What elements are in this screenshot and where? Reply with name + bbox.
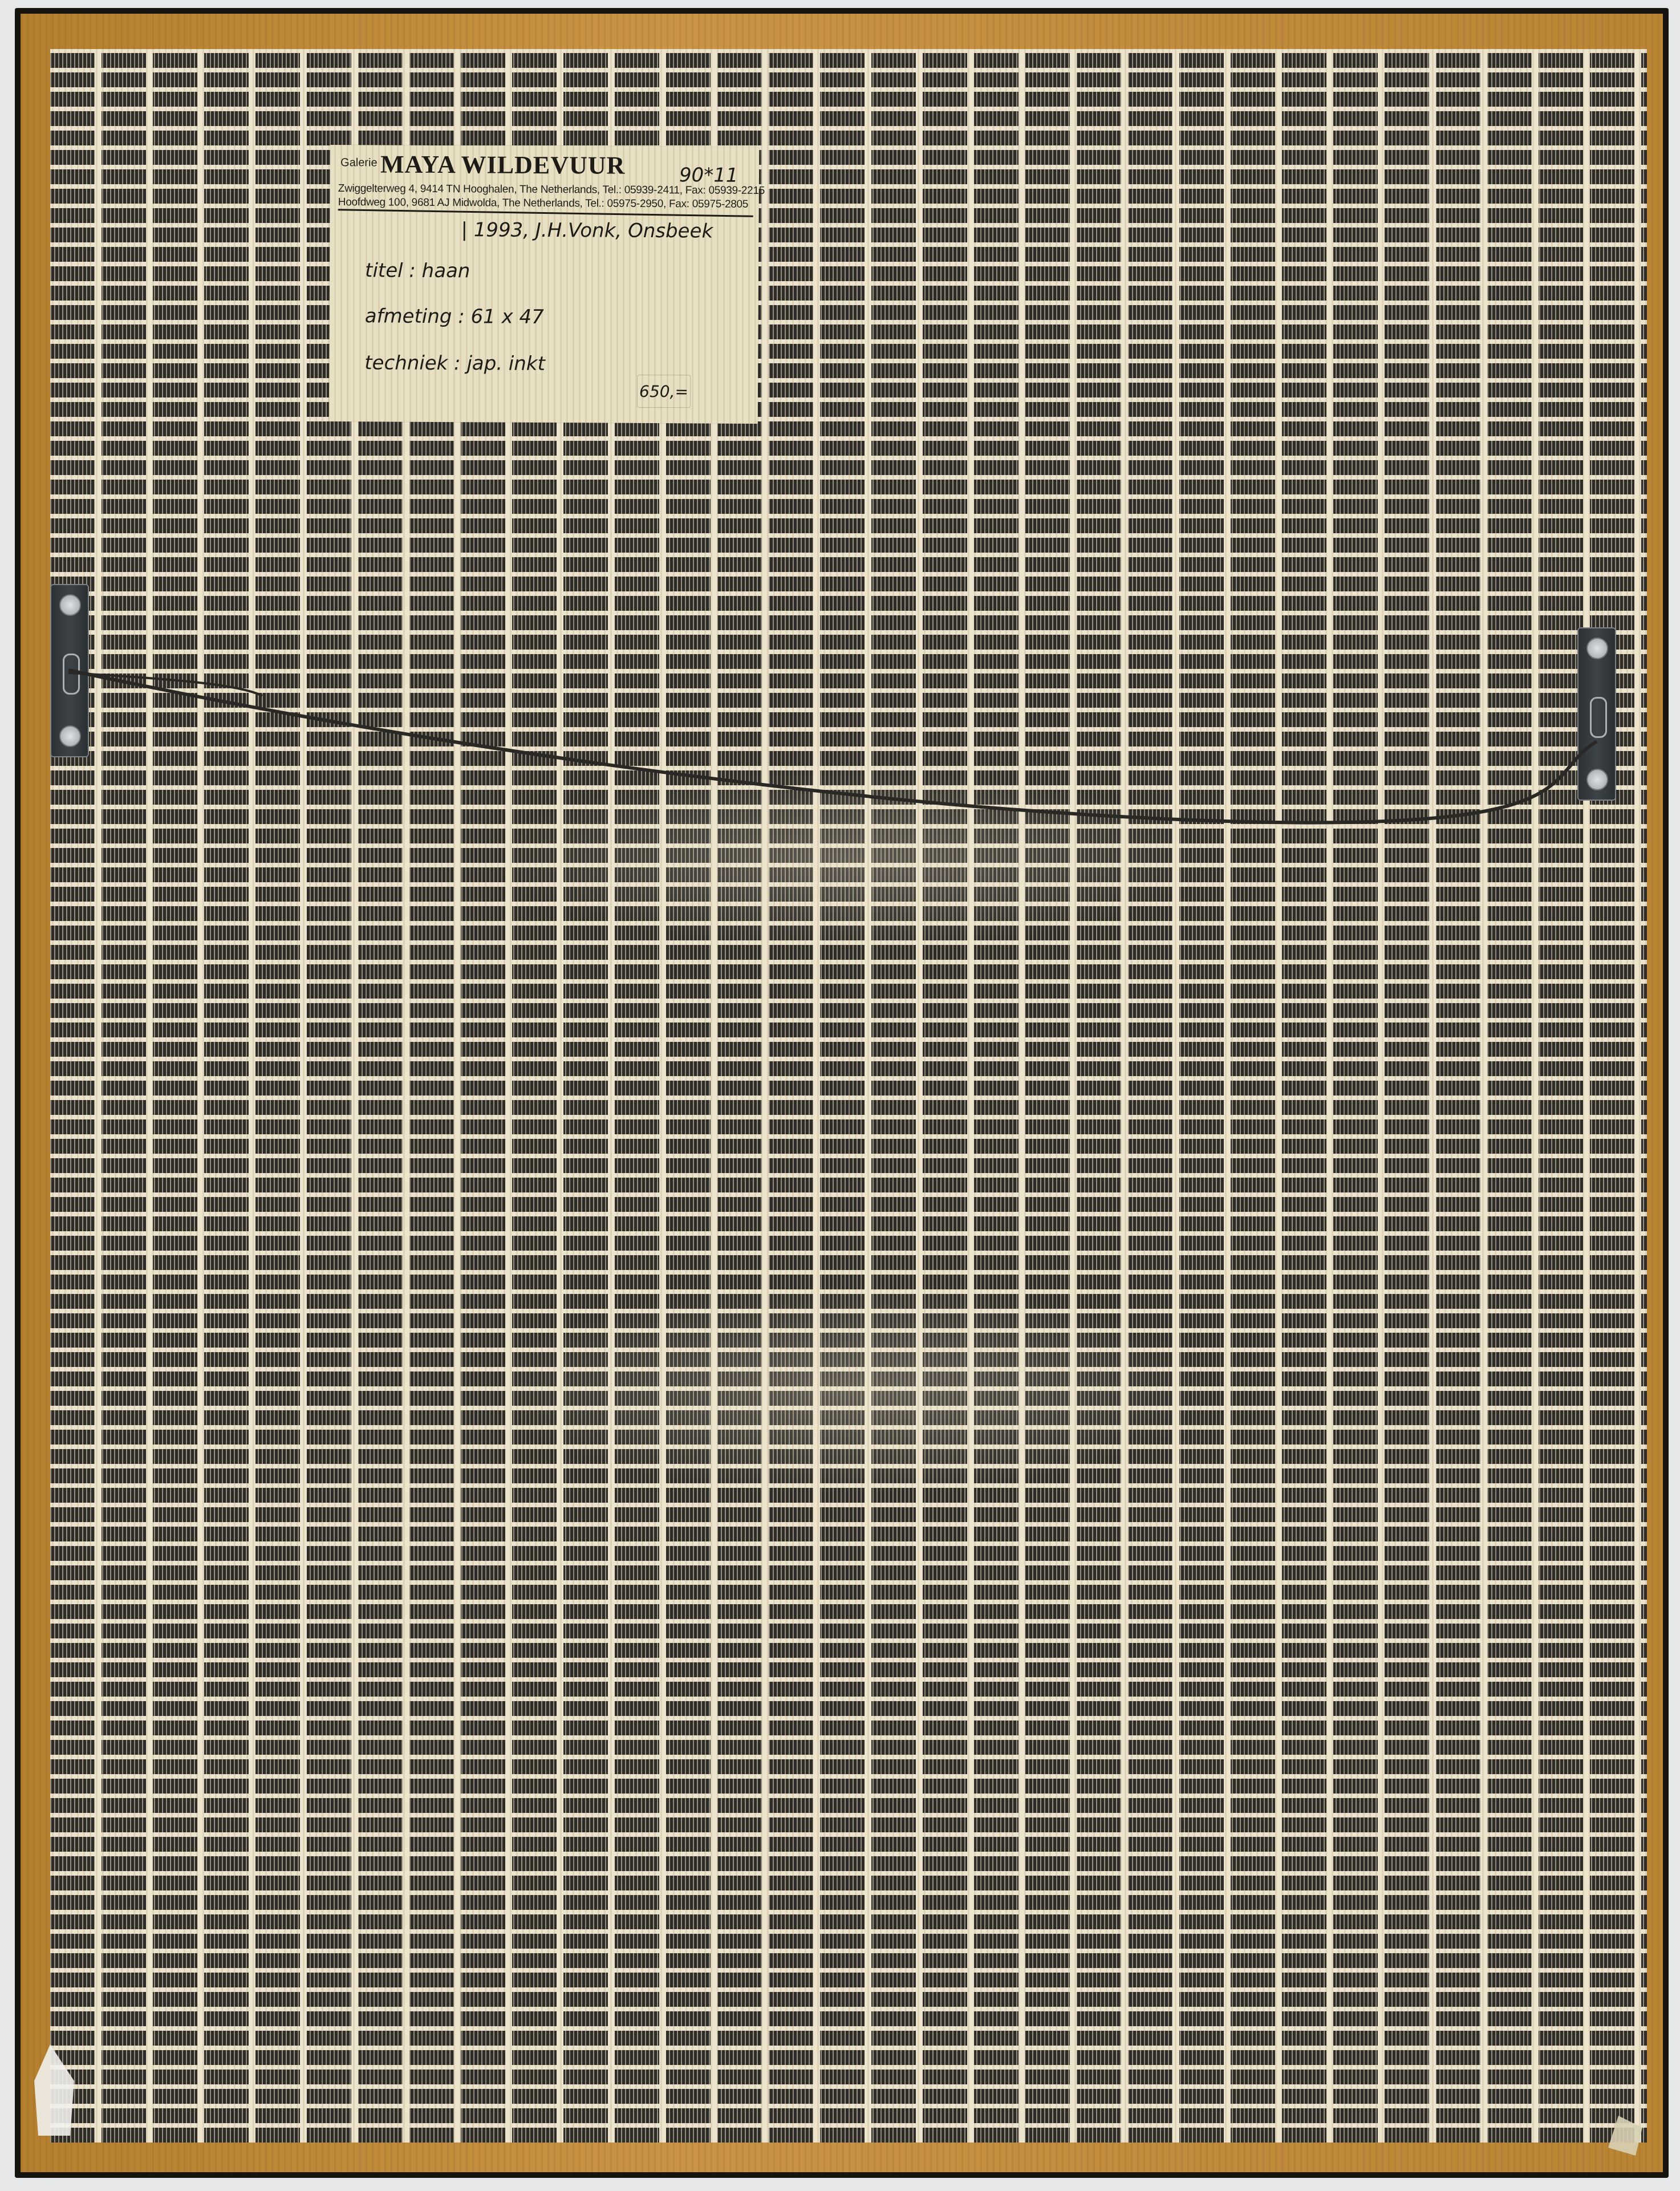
inventory-code: 90*11 (679, 164, 738, 187)
artist-line: | 1993, J.H.Vonk, Onsbeek (461, 218, 713, 242)
title-line: titel : haan (365, 259, 470, 282)
left-hanging-bracket (50, 584, 89, 757)
price-value: 650,= (639, 382, 688, 400)
price-tag: 650,= (637, 375, 691, 408)
screw-icon (1586, 638, 1608, 659)
dimensions-line: afmeting : 61 x 47 (365, 305, 544, 328)
gallery-name: MAYA WILDEVUUR (380, 149, 626, 180)
screw-icon (59, 594, 81, 616)
right-hanging-bracket (1577, 627, 1616, 801)
bracket-slot (1590, 697, 1607, 738)
screw-icon (59, 725, 81, 747)
technique-line: techniek : jap. inkt (364, 351, 545, 375)
label-divider (338, 209, 753, 217)
picture-frame: Galerie MAYA WILDEVUUR 90*11 Zwiggelterw… (15, 8, 1669, 2178)
frame-wood-moulding: Galerie MAYA WILDEVUUR 90*11 Zwiggelterw… (21, 14, 1663, 2172)
bracket-slot (63, 654, 80, 695)
patterned-backing-paper: Galerie MAYA WILDEVUUR 90*11 Zwiggelterw… (50, 49, 1647, 2143)
label-galerie: Galerie (340, 156, 378, 169)
address-line-2: Hoofdweg 100, 9681 AJ Midwolda, The Neth… (338, 196, 748, 211)
address-line-1: Zwiggelterweg 4, 9414 TN Hooghalen, The … (338, 182, 765, 197)
gallery-label: Galerie MAYA WILDEVUUR 90*11 Zwiggelterw… (329, 145, 760, 424)
screw-icon (1586, 769, 1608, 790)
